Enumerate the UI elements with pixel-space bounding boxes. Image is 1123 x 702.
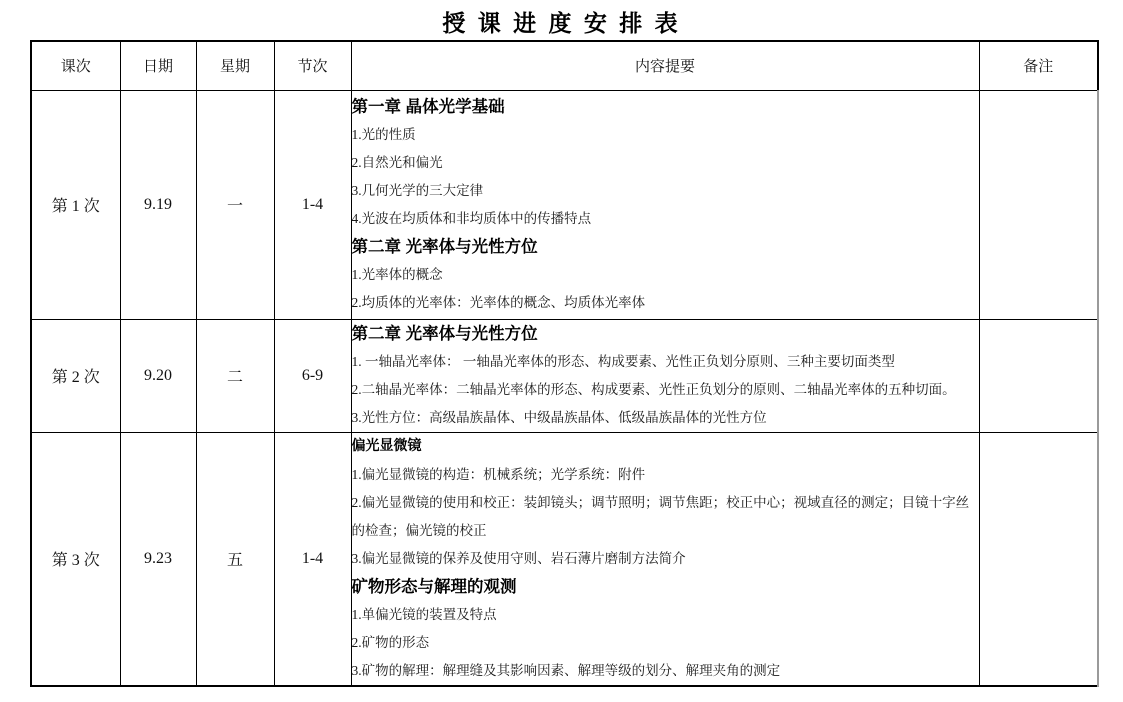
period-cell: 1-4 (274, 432, 351, 686)
content-line: 2.均质体的光率体：光率体的概念、均质体光率体 (352, 289, 979, 317)
col-header-weekday: 星期 (196, 41, 274, 90)
date-cell: 9.23 (120, 432, 196, 686)
weekday-cell: 二 (196, 319, 274, 432)
lesson-cell: 第 3 次 (31, 432, 120, 686)
content-line: 1.光率体的概念 (352, 261, 979, 289)
content-line: 2.偏光显微镜的使用和校正：装卸镜头；调节照明；调节焦距；校正中心；视域直径的测… (352, 489, 979, 545)
content-line: 1.偏光显微镜的构造：机械系统；光学系统：附件 (352, 461, 979, 489)
remarks-cell (979, 90, 1098, 319)
content-line: 2.自然光和偏光 (352, 149, 979, 177)
col-header-content: 内容提要 (351, 41, 979, 90)
content-line: 3.偏光显微镜的保养及使用守则、岩石薄片磨制方法简介 (352, 545, 979, 573)
chapter-heading: 第二章 光率体与光性方位 (352, 320, 979, 348)
col-header-remarks: 备注 (979, 41, 1098, 90)
document-page: 授 课 进 度 安 排 表 课次 日期 星期 节次 内容提要 备注 第 1 次 … (0, 0, 1123, 702)
content-line: 1. 一轴晶光率体： 一轴晶光率体的形态、构成要素、光性正负划分原则、三种主要切… (352, 348, 979, 376)
content-cell: 第二章 光率体与光性方位 1. 一轴晶光率体： 一轴晶光率体的形态、构成要素、光… (351, 319, 979, 432)
lesson-cell: 第 1 次 (31, 90, 120, 319)
col-header-date: 日期 (120, 41, 196, 90)
content-line: 2.矿物的形态 (352, 629, 979, 657)
page-title: 授 课 进 度 安 排 表 (0, 5, 1123, 38)
content-line: 3.矿物的解理：解理缝及其影响因素、解理等级的划分、解理夹角的测定 (352, 657, 979, 685)
content-cell: 偏光显微镜 1.偏光显微镜的构造：机械系统；光学系统：附件 2.偏光显微镜的使用… (351, 432, 979, 686)
content-line: 2.二轴晶光率体：二轴晶光率体的形态、构成要素、光性正负划分的原则、二轴晶光率体… (352, 376, 979, 404)
schedule-table: 课次 日期 星期 节次 内容提要 备注 第 1 次 9.19 一 1-4 第一章… (30, 40, 1099, 687)
chapter-heading: 第二章 光率体与光性方位 (352, 233, 979, 261)
remarks-cell (979, 319, 1098, 432)
col-header-lesson: 课次 (31, 41, 120, 90)
section-heading: 偏光显微镜 (352, 433, 979, 461)
lesson-cell: 第 2 次 (31, 319, 120, 432)
content-line: 3.光性方位：高级晶族晶体、中级晶族晶体、低级晶族晶体的光性方位 (352, 404, 979, 432)
content-line: 1.光的性质 (352, 121, 979, 149)
date-cell: 9.19 (120, 90, 196, 319)
table-row: 第 1 次 9.19 一 1-4 第一章 晶体光学基础 1.光的性质 2.自然光… (31, 90, 1098, 319)
content-line: 4.光波在均质体和非均质体中的传播特点 (352, 205, 979, 233)
chapter-heading: 第一章 晶体光学基础 (352, 93, 979, 121)
chapter-heading: 矿物形态与解理的观测 (352, 573, 979, 601)
date-cell: 9.20 (120, 319, 196, 432)
period-cell: 1-4 (274, 90, 351, 319)
content-cell: 第一章 晶体光学基础 1.光的性质 2.自然光和偏光 3.几何光学的三大定律 4… (351, 90, 979, 319)
table-row: 第 2 次 9.20 二 6-9 第二章 光率体与光性方位 1. 一轴晶光率体：… (31, 319, 1098, 432)
table-row: 第 3 次 9.23 五 1-4 偏光显微镜 1.偏光显微镜的构造：机械系统；光… (31, 432, 1098, 686)
col-header-period: 节次 (274, 41, 351, 90)
remarks-cell (979, 432, 1098, 686)
table-header-row: 课次 日期 星期 节次 内容提要 备注 (31, 41, 1098, 90)
content-line: 3.几何光学的三大定律 (352, 177, 979, 205)
weekday-cell: 五 (196, 432, 274, 686)
weekday-cell: 一 (196, 90, 274, 319)
period-cell: 6-9 (274, 319, 351, 432)
content-line: 1.单偏光镜的装置及特点 (352, 601, 979, 629)
